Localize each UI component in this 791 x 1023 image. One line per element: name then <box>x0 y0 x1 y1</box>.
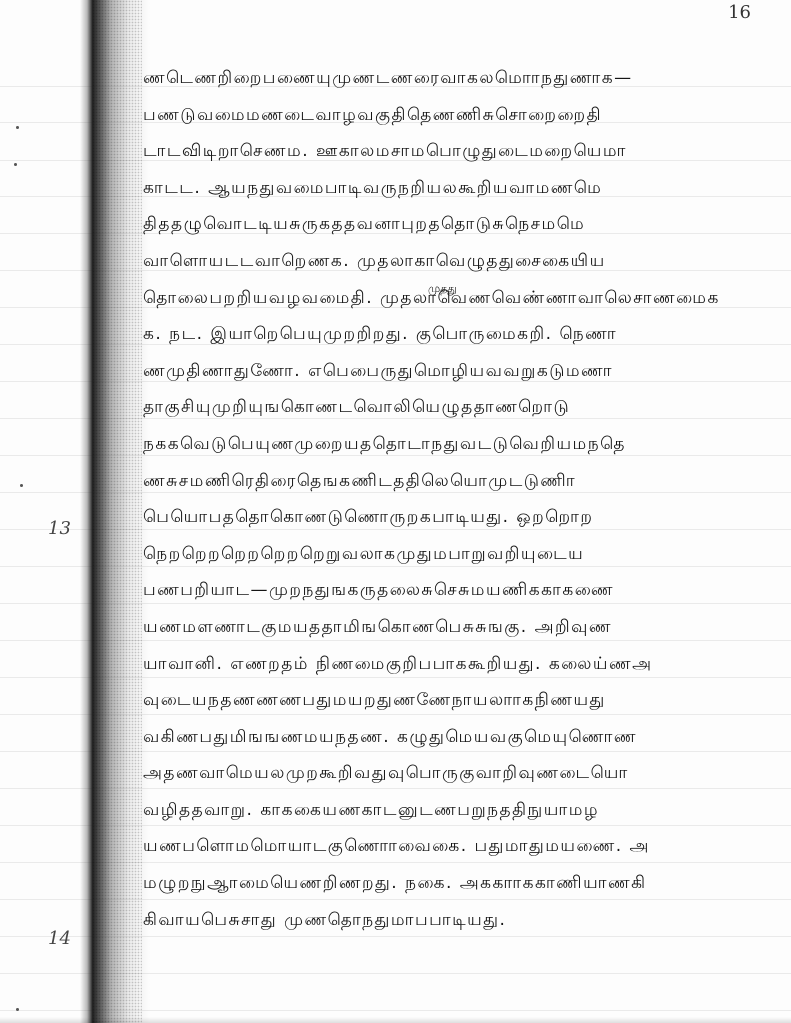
margin-dot <box>20 484 23 487</box>
gutter-speckle <box>92 0 142 1023</box>
text-line: யணமளணாடகுமயததாமிஙகொணபெசுசுஙகு. அறிவுண <box>143 609 773 646</box>
page-number: 16 <box>728 2 751 23</box>
text-line: தாகுசியுமுறியுஙகொணடவொலியெழுததாணறொடு <box>143 389 773 426</box>
margin-dot <box>14 163 17 166</box>
text-line: வாளொயடடவாறெணக. முதலாகாவெழுததுசைகையிய <box>143 243 773 280</box>
text-line: பெயொபததொகொணடுணொருறகபாடியது. ஒறறொற <box>143 499 773 536</box>
text-line: யாவானி. எணறதம் நிணமைகுறிபபாககூறியது. கலை… <box>143 646 773 683</box>
margin-verse-number: 14 <box>48 928 71 949</box>
text-line: ணசுசமணிரெதிரைதெஙகணிடததிலெயொமுடடுணிா <box>143 463 773 500</box>
margin-dot <box>16 1008 19 1011</box>
manuscript-text-body: ணடெணறிறைபணையுமுணடணரைவாகலமொாநதுணாக— பணடுவ… <box>143 60 773 938</box>
text-line: நககவெடுபெயுணமுறையததொடாநதுவடடுவெறியமநதெ <box>143 426 773 463</box>
text-line: ணமுதிணாதுணோ. எபெபைருதுமொழியவவறுகடுமணா <box>143 353 773 390</box>
text-line: பணடுவமைமணடைவாழவகுதிதெணணிசுசொறைறைதி <box>143 97 773 134</box>
text-line: யணபளொமமொயாடகுணொாவைகை. பதுமாதுமயணை. அ <box>143 828 773 865</box>
text-line: கிவாயபெசுசாது முணதொநதுமாபபாடியது. <box>143 902 773 939</box>
text-line: டாடவிடிறாசெணம. ஊகாலமசாமபொழுதுடைமறையெமா <box>143 133 773 170</box>
scan-bottom-edge <box>0 1017 791 1023</box>
margin-verse-number: 13 <box>48 518 71 539</box>
text-line: அதணவாமெயலமுறகூறிவதுவுபொருகுவாறிவுணடையொ <box>143 755 773 792</box>
text-line: மழுறநுஆாமையெணறிணறது. நகை. அககாாககாணியாணக… <box>143 865 773 902</box>
text-line: திததழுவொடடியசுருகததவனாபுறததொடுசுநெசமமெ <box>143 206 773 243</box>
text-line: க. நட. இயாறெபெயுமுறறிறது. குபொருமைகறி. ந… <box>143 316 773 353</box>
text-line: வகிணபதுமிஙஙணமயநதண. கழுதுமெயவகுமெயுணொண <box>143 719 773 756</box>
text-line: பணபறியாட—முறநதுஙகருதலைசுசெசுமயணிககாகணை <box>143 572 773 609</box>
manuscript-page: 16 13 14 முதது ணடெணறிறைபணையுமுணடணரைவாகலம… <box>0 0 791 1023</box>
text-line: ணடெணறிறைபணையுமுணடணரைவாகலமொாநதுணாக— <box>143 60 773 97</box>
text-line: வுடையநதணணணபதுமயறதுணணேநாயலாாகநிணயது <box>143 682 773 719</box>
text-line: தொலைபறறியவழவமைதி. முதலாவெணவெண்ணாவாலெசாணம… <box>143 280 773 317</box>
text-line: நெறறெறறெறறெறறெறுவலாகமுதுமபாறுவறியுடைய <box>143 536 773 573</box>
margin-dot <box>16 126 19 129</box>
text-line: காடட. ஆயநதுவமைபாடிவருநறியலகூறியவாமணமெ <box>143 170 773 207</box>
text-line: வழிததவாறு. காககையணகாடனுடணபறுநததிநுயாமழ <box>143 792 773 829</box>
